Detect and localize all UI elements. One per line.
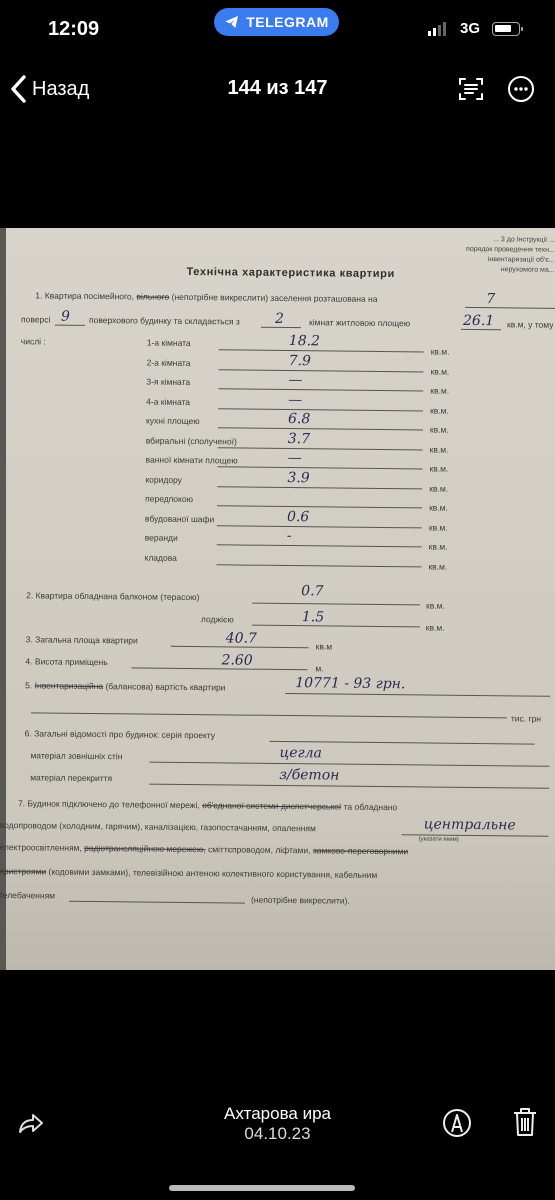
room-unit: кв.м. [430, 366, 449, 376]
room-area-value: — [288, 392, 302, 408]
height-value: 2.60 [221, 652, 252, 668]
back-button[interactable]: Назад [10, 74, 89, 104]
ceiling-value: з/бетон [279, 767, 339, 784]
back-label: Назад [32, 78, 89, 101]
sec7-line4: пристроями (кодовими замками), телевізій… [0, 866, 377, 880]
sec7-line2: водопроводом (холодним, гарячим), каналі… [0, 820, 316, 833]
bottom-toolbar: Ахтарова ира 04.10.23 [0, 1090, 555, 1200]
floor-value: 7 [486, 291, 495, 307]
room-label: 2-а кімната [147, 357, 191, 367]
sec7-line1: 7. Будинок підключено до телефонної мере… [18, 798, 397, 812]
telegram-pill-label: TELEGRAM [246, 14, 329, 30]
room-unit: кв.м. [430, 405, 449, 415]
room-label: передпокою [145, 494, 193, 505]
room-area-value: — [288, 372, 302, 388]
room-area-value: 3.7 [288, 431, 310, 447]
sec1-line1: 1. Квартира посімейного, вільного (непот… [35, 290, 377, 304]
floors-label: поверхового будинку та складається з [89, 315, 240, 327]
room-area-value: 7.9 [289, 353, 311, 369]
room-label: 3-я кімната [146, 377, 190, 387]
loggia-label: лоджією [201, 614, 234, 624]
living-area-label: кімнат житловою площею [309, 317, 410, 328]
room-area-value: 6.8 [288, 411, 310, 427]
room-label: вбиральні (сполученої) [146, 435, 237, 446]
room-label: веранди [145, 533, 178, 543]
sec7-line3: електроосвітленням, радіотрансляційною м… [0, 842, 408, 856]
floor-label: поверсі [21, 314, 50, 324]
ceiling-label: матеріал перекриття [30, 772, 112, 783]
room-label: 4-а кімната [146, 396, 190, 406]
floors-total-value: 9 [61, 309, 70, 325]
room-label: кладова [145, 552, 177, 562]
total-area-label: 3. Загальна площа квартири [26, 634, 138, 645]
more-icon[interactable] [506, 74, 536, 104]
room-label: коридору [145, 474, 182, 484]
corner-note: ... 3 до Інструкції ... порядок проведен… [466, 235, 555, 276]
room-unit: кв.м. [430, 444, 449, 454]
sec7-line5b: (непотрібне викреслити). [251, 895, 350, 906]
telegram-return-pill[interactable]: TELEGRAM [214, 8, 339, 36]
status-time: 12:09 [48, 18, 99, 41]
living-area-unit: кв.м, у тому [507, 319, 554, 329]
nav-bar: Назад 144 из 147 [0, 60, 555, 120]
room-label: вбудованої шафи [145, 513, 214, 524]
walls-label: матеріал зовнішніх стін [30, 750, 122, 761]
room-unit: кв.м. [429, 542, 448, 552]
building-info-label: 6. Загальні відомості про будинок: серія… [25, 728, 215, 740]
technical-passport-page: ... 3 до Інструкції ... порядок проведен… [0, 228, 555, 970]
heating-value: центральне [424, 816, 516, 833]
text-scan-icon[interactable] [456, 74, 486, 104]
room-unit: кв.м. [429, 464, 448, 474]
room-label: 1-а кімната [147, 338, 191, 348]
room-area-value: 18.2 [289, 333, 320, 349]
including-label: числі : [21, 336, 46, 346]
room-unit: кв.м. [429, 483, 448, 493]
chevron-left-icon [10, 74, 28, 104]
document-photo[interactable]: ... 3 до Інструкції ... порядок проведен… [0, 228, 555, 970]
room-area-value: 3.9 [287, 470, 309, 486]
room-area-value: - [287, 528, 292, 544]
photo-counter: 144 из 147 [227, 77, 327, 99]
rooms-value: 2 [275, 311, 284, 327]
network-type: 3G [460, 20, 480, 37]
document-title: Технічна характеристика квартири [186, 266, 394, 280]
height-label: 4. Висота приміщень [25, 656, 107, 667]
room-unit: кв.м. [431, 347, 450, 357]
share-icon[interactable] [16, 1108, 46, 1138]
balcony-value: 0.7 [301, 583, 323, 599]
room-unit: кв.м. [430, 425, 449, 435]
value-label: 5. Інвентаризаційна (балансова) вартість… [25, 680, 225, 692]
room-list: 1-а кімната18.2кв.м.2-а кімната7.9кв.м.3… [0, 228, 555, 234]
walls-value: цегла [279, 745, 322, 761]
telegram-icon [224, 14, 240, 30]
loggia-value: 1.5 [302, 609, 324, 625]
status-bar: 12:09 TELEGRAM 3G [0, 0, 555, 60]
room-label: ванної кімнати площею [146, 455, 238, 466]
home-indicator [169, 1185, 355, 1191]
markup-icon[interactable] [442, 1108, 472, 1138]
signal-icon [428, 22, 446, 36]
balcony-label: 2. Квартира обладнана балконом (терасою) [26, 590, 199, 602]
room-unit: кв.м. [429, 503, 448, 513]
room-area-value: — [288, 450, 302, 466]
room-unit: кв.м. [430, 386, 449, 396]
value-amount: 10771 - 93 грн. [295, 675, 405, 692]
total-area-value: 40.7 [226, 630, 257, 646]
living-area-value: 26.1 [463, 313, 494, 329]
battery-icon [492, 22, 520, 36]
sec7-line5a: телебаченням [0, 890, 55, 901]
room-area-value: 0.6 [287, 509, 309, 525]
room-label: кухні площею [146, 416, 200, 427]
room-unit: кв.м. [429, 522, 448, 532]
room-unit: кв.м. [428, 561, 447, 571]
trash-icon[interactable] [512, 1106, 538, 1138]
